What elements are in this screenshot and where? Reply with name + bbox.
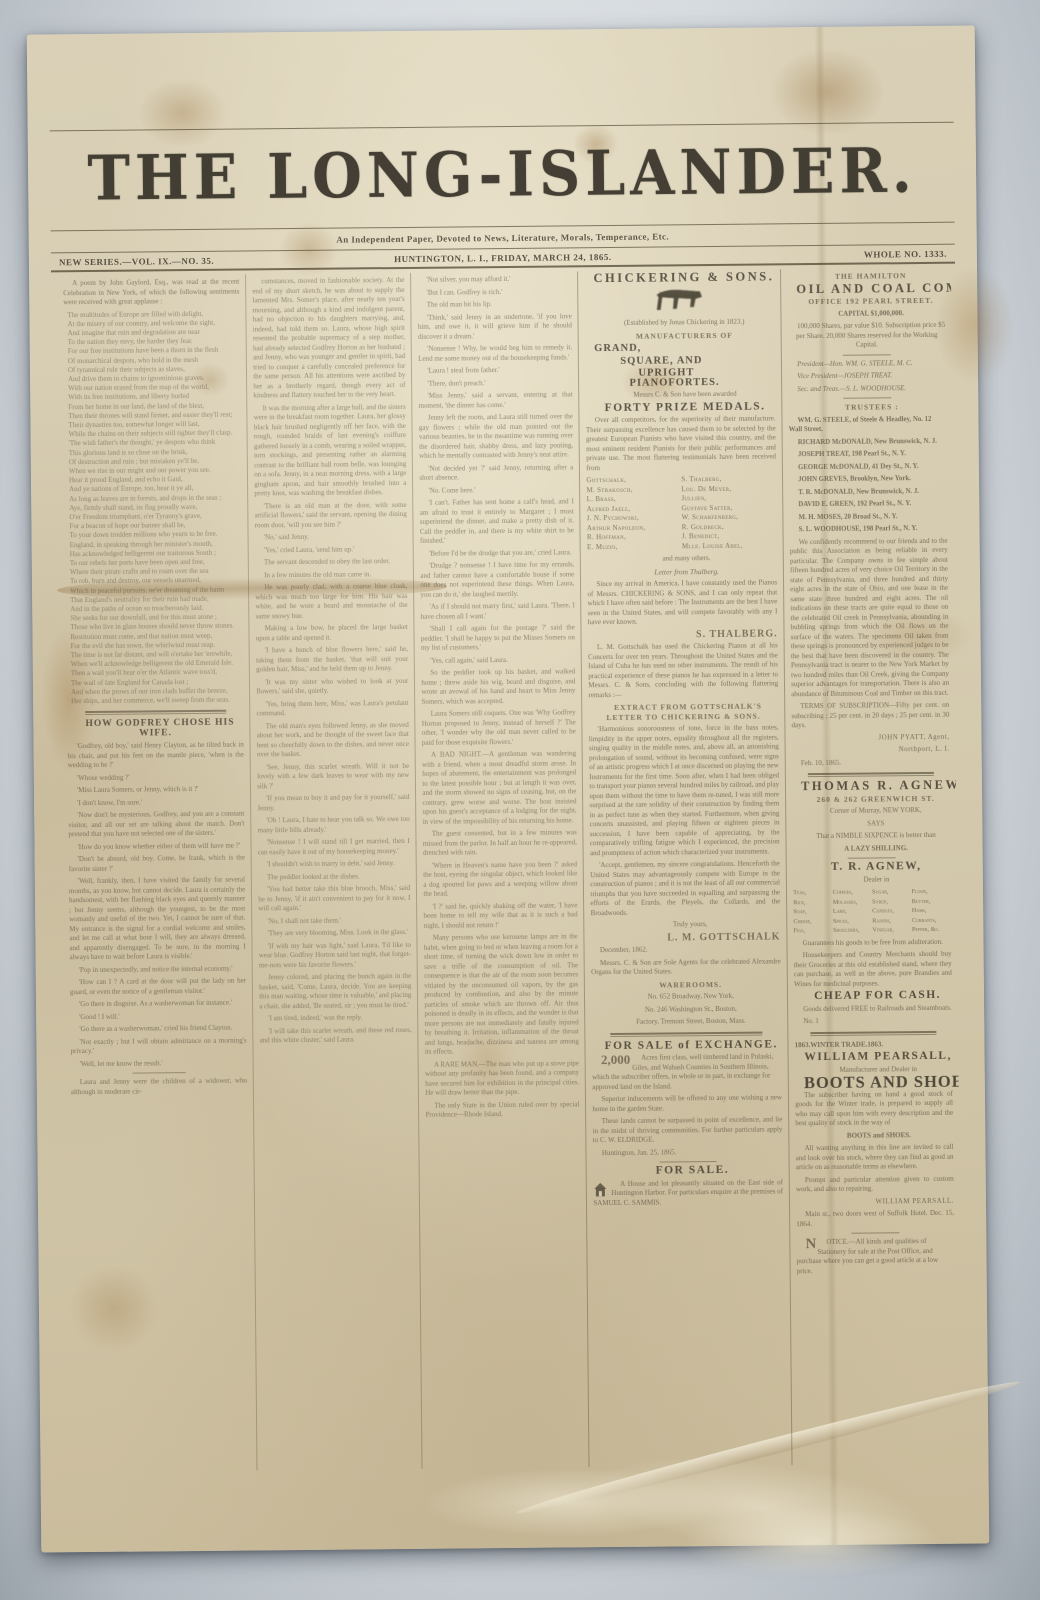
- text-block: Factory, Tremont Street, Boston, Mass.: [592, 1016, 782, 1027]
- poem-line: 'The wish father's the thought,' ye desp…: [65, 438, 241, 449]
- text-block: 'But I can. Godfrey is rich.': [418, 287, 572, 298]
- page-columns: A poem by John Gaylord, Esq., was read a…: [57, 268, 962, 1473]
- text-block: 'Laura ! steal from father.': [418, 365, 572, 376]
- text-block: DAVID E. GREEN, 192 Pearl St., N. Y.: [789, 499, 947, 510]
- text-block: Goods delivered FREE to Railroads and St…: [794, 1003, 952, 1014]
- text-block: 2,000 Acres first class, well timbered l…: [592, 1052, 782, 1092]
- text-block: 'As if I should not marry first,' said L…: [421, 601, 575, 621]
- pearsall-title: WILLIAM PEARSALL,: [795, 1052, 953, 1063]
- cell: Cheese,: [793, 916, 833, 926]
- text-block: It was the morning after a large ball, a…: [253, 402, 406, 498]
- house-engraving-icon: A House and lot pleasantly situated on t…: [593, 1178, 783, 1208]
- text-block: 'Before I'd be the drudge that you are,'…: [420, 548, 574, 559]
- text-block: We confidently recommend to our friends …: [790, 536, 949, 699]
- text-block: 'How can I ? A card at the door will put…: [70, 977, 246, 998]
- cell: Flour,: [911, 887, 951, 897]
- text-block: Vice President—JOSEPH TREAT.: [788, 371, 946, 382]
- text-block: CHEAP FOR CASH.: [794, 991, 952, 1002]
- text-block: Northport, L. I.: [792, 745, 950, 756]
- text-block: Dealer in: [793, 874, 951, 885]
- text-block: SAYS: [792, 818, 950, 829]
- text-block: He was poorly clad, with a coarse blue c…: [255, 582, 407, 621]
- text-block: L. M. Gottschalk has used the Chickering…: [588, 641, 778, 700]
- text-block: OFFICE 192 PEARL STREET.: [787, 296, 945, 307]
- cell: 1863.: [795, 1041, 811, 1049]
- text-block: December, 1862.: [591, 944, 781, 955]
- text-block: 'You had better take this blue brooch, M…: [258, 884, 410, 914]
- text-block: N OTICE.—All kinds and qualities of Stat…: [796, 1237, 954, 1277]
- drop-initial: N: [796, 1238, 816, 1251]
- text-block: No. 246 Washington St., Boston,: [591, 1004, 781, 1015]
- text-block: 'They are very blooming, Miss. Look in t…: [259, 928, 411, 939]
- text-block: Feb. 10, 1865.: [792, 757, 950, 768]
- boots-shoes-title: BOOTS AND SHOES.: [795, 1077, 953, 1088]
- for-sale-title: FOR SALE.: [593, 1165, 783, 1176]
- text-block: FORTY PRIZE MEDALS.: [586, 402, 776, 413]
- cell: Syrup,: [872, 897, 912, 907]
- text-block: 'Yes, bring them here, Miss,' was Laura'…: [256, 698, 408, 718]
- text-block: 'Not silver, you may afford it.': [417, 274, 571, 285]
- text-block: All wanting anything in this line are in…: [796, 1143, 954, 1173]
- section-divider: [132, 1072, 185, 1074]
- whole-number: WHOLE NO. 1333.: [680, 249, 946, 262]
- cell: Molasses,: [833, 897, 873, 907]
- text-block: These lands cannot be surpassed in point…: [593, 1115, 783, 1145]
- text-block: The subscriber having on hand a good sto…: [795, 1089, 953, 1129]
- text-block: RICHARD McDONALD, New Brunswick, N. J.: [789, 436, 947, 447]
- text-block: Sec. and Treas.—S. L. WOODHOUSE.: [788, 383, 946, 394]
- text-block: 'If with my hair was light,' said Laura,…: [259, 940, 411, 970]
- text-block: 'I will take this scarlet wreath, and th…: [259, 1025, 411, 1045]
- row: 1863.WINTER TRADE.1863.: [795, 1040, 884, 1050]
- text-block: That a NIMBLE SIXPENCE is better than: [793, 831, 951, 842]
- text-block: Letter from Thalberg.: [587, 566, 777, 577]
- cell: Candles,: [872, 906, 912, 916]
- text-block: TRUSTEES :: [788, 402, 946, 413]
- text-block: S. THALBERG.: [588, 629, 778, 640]
- text-block: M. H. MOSES, 20 Broad St., N. Y.: [789, 511, 947, 522]
- text-block: Main st., two doors west of Suffolk Hote…: [796, 1209, 954, 1230]
- text-block: 'Yes, call again,' said Laura.: [421, 655, 575, 666]
- column-4: CHICKERING & SONS.(Established by Jonas …: [577, 269, 791, 1467]
- text-block: 'I am tired, indeed,' was the reply.: [259, 1013, 411, 1024]
- text-block: A poem by John Gaylord, Esq., was read a…: [63, 278, 239, 308]
- text-block: No. 1: [794, 1016, 952, 1027]
- text-block: cumstances, moved in fashionable society…: [252, 276, 405, 401]
- winter-trade-row: 1863.WINTER TRADE.1863.: [795, 1039, 953, 1050]
- goods-list: Teas,Coffees,Sugar,Flour,Rice,Molasses,S…: [793, 887, 951, 936]
- text-block: 'Nonsense ! Why, he would beg him to rem…: [418, 343, 572, 363]
- chickering-ad-title: CHICKERING & SONS.: [584, 272, 774, 283]
- text-block: 'Not exactly ; but I will obtain admitta…: [70, 1036, 246, 1057]
- text-block: 100,000 Shares, par value $10. Subscript…: [788, 321, 946, 351]
- text-block: 'Drudge ? nonsense ! I have time for my …: [420, 560, 574, 599]
- newspaper-page: THE LONG-ISLANDER. An Independent Paper,…: [27, 25, 990, 1552]
- column-5: THE HAMILTONOIL AND COAL COMPANY,OFFICE …: [780, 268, 962, 1466]
- section-divider: [844, 397, 891, 398]
- cell: Pepper, &c.: [912, 925, 952, 935]
- oil-coal-company-title: OIL AND COAL COMPANY,: [787, 283, 945, 294]
- text-block: 'I can't. Father has sent home a calf's …: [420, 497, 575, 546]
- text-block: The old man's eyes followed Jenny, as sh…: [257, 720, 409, 759]
- text-block: Corner of Murray, NEW YORK,: [792, 806, 950, 817]
- text-block: 'Good ! I will.': [70, 1011, 246, 1022]
- text-block: 'Yes,' cried Laura, 'send him up.': [255, 544, 407, 555]
- cell: Sugar,: [872, 887, 912, 897]
- text-block: Jenny colored, and placing the bunch aga…: [259, 972, 411, 1011]
- poem-line: Those who live in glass houses should ne…: [66, 622, 242, 633]
- text-block: 'Whose wedding ?': [68, 772, 244, 783]
- place-date: HUNTINGTON, L. I., FRIDAY, MARCH 24, 186…: [325, 251, 680, 264]
- text-block: 'Well, let me know the result.': [71, 1058, 247, 1069]
- cell: Lard,: [833, 907, 873, 917]
- text-block: 'Go there as a washerwoman,' cried his f…: [70, 1024, 246, 1035]
- cell: E. Muzio,: [587, 542, 682, 552]
- cell: Currants,: [912, 915, 952, 925]
- text-block: S. L. WOODHOUSE, 198 Pearl St., N. Y.: [790, 524, 948, 535]
- story-headline: HOW GODFREY CHOSE HIS WIFE.: [67, 719, 243, 740]
- cell: Rice,: [793, 897, 833, 907]
- text-block: Messrs. C. & Son are Sole Agents for the…: [591, 957, 781, 978]
- text-block: GEORGE McDONALD, 41 Dey St., N. Y.: [789, 461, 947, 472]
- text-block: 'There is an old man at the door, with s…: [254, 500, 406, 530]
- poem-line: Her ships, and her commerce, we'll sweep…: [67, 696, 243, 707]
- text-block: JOHN GREVES, Brooklyn, New York.: [789, 474, 947, 485]
- text-block: Prompt and particular attention given to…: [796, 1174, 954, 1195]
- cell: Vinegar,: [872, 925, 912, 935]
- row: Figs,Shoulders,Vinegar,Pepper, &c.: [793, 925, 951, 936]
- cell: Shoulders,: [833, 926, 873, 936]
- text-block: 'Shall I call again for the postage ?' s…: [421, 623, 575, 653]
- text-block: Huntington, Jan. 25, 1865.: [593, 1147, 783, 1158]
- text-block: 'Where in Heaven's name have you been ?'…: [423, 860, 577, 899]
- fold-crease: [421, 1466, 722, 1539]
- section-divider: [810, 1030, 936, 1035]
- text-block: 'No,' said Jenny.: [255, 532, 407, 543]
- text-block: UPRIGHT PIANOFORTES.: [585, 367, 775, 388]
- text-block: TERMS OF SUBSCRIPTION—Fifty per cent. on…: [791, 701, 949, 731]
- poem-line: To your down trodden millions who yearn …: [66, 530, 242, 541]
- text-block: 'Miss Jenny,' said a servant, entering a…: [419, 390, 573, 410]
- text-block: 'It was my sister who wished to look at …: [256, 676, 408, 696]
- text-block: 'Well, frankly, then, I have visited the…: [69, 876, 246, 963]
- text-block: Guarantees his goods to be free from adu…: [794, 937, 952, 948]
- text-block: 'Go there in disguise. As a washerwoman …: [70, 999, 246, 1010]
- cell: Mlle. Louise Abel,: [682, 541, 777, 551]
- text-block: Laura Somers still coquets. One was 'Why…: [422, 708, 576, 747]
- text-block: T. R. McDONALD, New Brunswick, N. J.: [789, 486, 947, 497]
- text-block: The guest consented, but in a few minute…: [423, 828, 577, 858]
- text-block: Laura and Jenny were the children of a w…: [71, 1077, 247, 1098]
- text-block: JOHN PYATT, Agent,: [792, 732, 950, 743]
- section-divider: [848, 857, 895, 858]
- text-block: WM. G. STEELE, of Steele & Headley, No. …: [789, 414, 947, 435]
- piano-engraving-icon: [585, 285, 775, 317]
- text-block: 'No. Come here.': [419, 485, 573, 496]
- text-block: Making a low bow, he placed the large ba…: [256, 623, 408, 643]
- for-sale-exchange-title: FOR SALE of EXCHANGE.: [592, 1040, 782, 1051]
- cell: WINTER TRADE.: [810, 1040, 867, 1049]
- poem: The multitudes of Europe are filled with…: [63, 309, 243, 706]
- section-divider: [852, 1232, 899, 1233]
- tr-agnew-title: T. R. AGNEW,: [793, 862, 951, 873]
- section-divider: [808, 772, 934, 777]
- text-block: Superior inducements will be offered to …: [592, 1093, 782, 1114]
- text-block: So the peddler took up his basket, and w…: [421, 667, 575, 706]
- text-block: 'Miss Laura Somers, or Jenny, which is i…: [68, 785, 244, 796]
- text-block: SQUARE, AND: [585, 355, 775, 366]
- agnew-title: THOMAS R. AGNEW,: [792, 781, 950, 792]
- text-block: 'Oh ! Laura, I hate to hear you talk so.…: [257, 815, 409, 835]
- testimonial-names: Gottschalk,S. Thalberg,M. Strakosch,Lou.…: [586, 474, 776, 552]
- text-block: GRAND,: [585, 342, 775, 353]
- cell: Raisins,: [872, 916, 912, 926]
- cell: Coffees,: [833, 888, 873, 898]
- text-block: 'See, Jenny, this scarlet wreath. Will i…: [257, 761, 409, 791]
- cell: Figs,: [793, 926, 833, 936]
- text-block: 'Pop in unexpectedly, and notice the int…: [70, 964, 246, 975]
- section-divider: [85, 710, 226, 715]
- text-block: Over all competitors, for the superiorit…: [586, 414, 776, 473]
- masthead-title: THE LONG-ISLANDER.: [38, 134, 967, 215]
- text-block: A RARE MAN.—The man who put up a stove p…: [425, 1059, 579, 1098]
- masthead: THE LONG-ISLANDER. An Independent Paper,…: [27, 25, 977, 272]
- text-block: 'I shouldn't wish to marry in debt,' sai…: [258, 859, 410, 870]
- text-block: 'Not decided yet ?' said Jenny, returnin…: [419, 463, 573, 483]
- row: E. Muzio,Mlle. Louise Abel,: [587, 541, 777, 552]
- cell: Hams,: [912, 906, 952, 916]
- text-block: 'If you mean to buy it and pay for it yo…: [257, 793, 409, 813]
- section-divider: [843, 354, 890, 355]
- text-block: L. M. GOTTSCHALK: [591, 932, 781, 943]
- masthead-rule: [50, 122, 954, 132]
- column-3: 'Not silver, you may afford it.''But I c…: [410, 271, 589, 1469]
- poem-line: As long as leaves are in forests, and dr…: [65, 493, 241, 504]
- series-number: NEW SERIES.—VOL. IX.—NO. 35.: [59, 255, 325, 268]
- text-block: MANUFACTURERS OF: [585, 330, 775, 341]
- text-block: 'Now don't be mysterious, Godfrey, and y…: [68, 810, 244, 840]
- drop-initial: 2,000: [592, 1054, 630, 1066]
- text-block: WAREROOMS.: [591, 979, 781, 990]
- section-divider: [659, 1161, 716, 1163]
- text-block: 'Nonsense ! I will stand till I get marr…: [258, 837, 410, 857]
- text-block: (Established by Jonas Chickering in 1823…: [585, 317, 775, 328]
- text-block: Messrs C. & Son have been awarded: [586, 389, 776, 400]
- text-block: No. 652 Broadway, New York,: [591, 991, 781, 1002]
- text-block: 'Don't be absurd, old boy. Come, be fran…: [69, 854, 245, 875]
- cell: Spices,: [833, 916, 873, 926]
- text-block: Many persons who use kerosene lamps are …: [424, 932, 579, 1057]
- text-block: JOSEPH TREAT, 198 Pearl St., N. Y.: [789, 449, 947, 460]
- poem-line: Then a wail you'll hear o'er the Atlanti…: [67, 668, 243, 679]
- column-2: cumstances, moved in fashionable society…: [245, 273, 422, 1471]
- text-block: The peddler looked at the dishes.: [258, 871, 410, 882]
- text-block: EXTRACT FROM GOTTSCHALK'S LETTER TO CHIC…: [589, 701, 779, 722]
- text-block: Jenny left the room, and Laura still tur…: [419, 412, 574, 461]
- text-block: The servant descended to obey the last o…: [255, 557, 407, 568]
- text-block: A LAZY SHILLING.: [793, 843, 951, 854]
- cell: Butter,: [912, 896, 952, 906]
- text-block: 'How do you know whether either of them …: [68, 841, 244, 852]
- text-block: 'Think,' said Jenny in an undertone, 'if…: [418, 312, 572, 342]
- text-block: 'Accept, gentlemen, my sincere congratul…: [590, 859, 780, 918]
- text-block: CAPITAL $1,000,000.: [788, 308, 946, 319]
- cell: Teas,: [793, 888, 833, 898]
- text-block: 'I have a bunch of blue flowers here,' s…: [256, 645, 408, 675]
- text-block: 260 & 262 GREENWICH ST.: [792, 793, 950, 804]
- text-block: In a few minutes the old man came in.: [255, 569, 407, 580]
- text-block: 'Harmonious sonorousness of tone, force …: [589, 723, 780, 858]
- text-block: and many others.: [587, 553, 777, 564]
- text-block: WILLIAM PEARSALL.: [796, 1196, 954, 1207]
- text-block: President—Hon. WM. G. STEELE, M. C.: [788, 358, 946, 369]
- cell: Soap,: [793, 907, 833, 917]
- text-block: 'Godfrey, old boy,' said Henry Clayton, …: [68, 741, 244, 771]
- text-block: 'No, I shall not take them.': [258, 915, 410, 926]
- column-1: A poem by John Gaylord, Esq., was read a…: [57, 274, 257, 1472]
- text-block: Truly yours,: [591, 919, 781, 930]
- text-block: 'There, don't preach.': [418, 378, 572, 389]
- text-block: Housekeepers and Country Merchants shoul…: [794, 950, 952, 990]
- text-block: The only State in the Union ruled over b…: [425, 1100, 579, 1120]
- text-block: BOOTS and SHOES.: [795, 1130, 953, 1141]
- section-divider: [611, 1031, 763, 1036]
- text-block: 'I don't know, I'm sure.': [68, 797, 244, 808]
- text-block: A BAD NIGHT.—A gentleman was wandering w…: [422, 749, 577, 826]
- cell: 1863.: [867, 1040, 883, 1048]
- text-block: Since my arrival in America, I have cons…: [587, 578, 777, 627]
- poem-line: For our free institutions have been a th…: [64, 346, 240, 357]
- text-block: The old man bit his lip.: [418, 299, 572, 310]
- text-block: 'I ?' said he, quickly shaking off the w…: [423, 901, 577, 931]
